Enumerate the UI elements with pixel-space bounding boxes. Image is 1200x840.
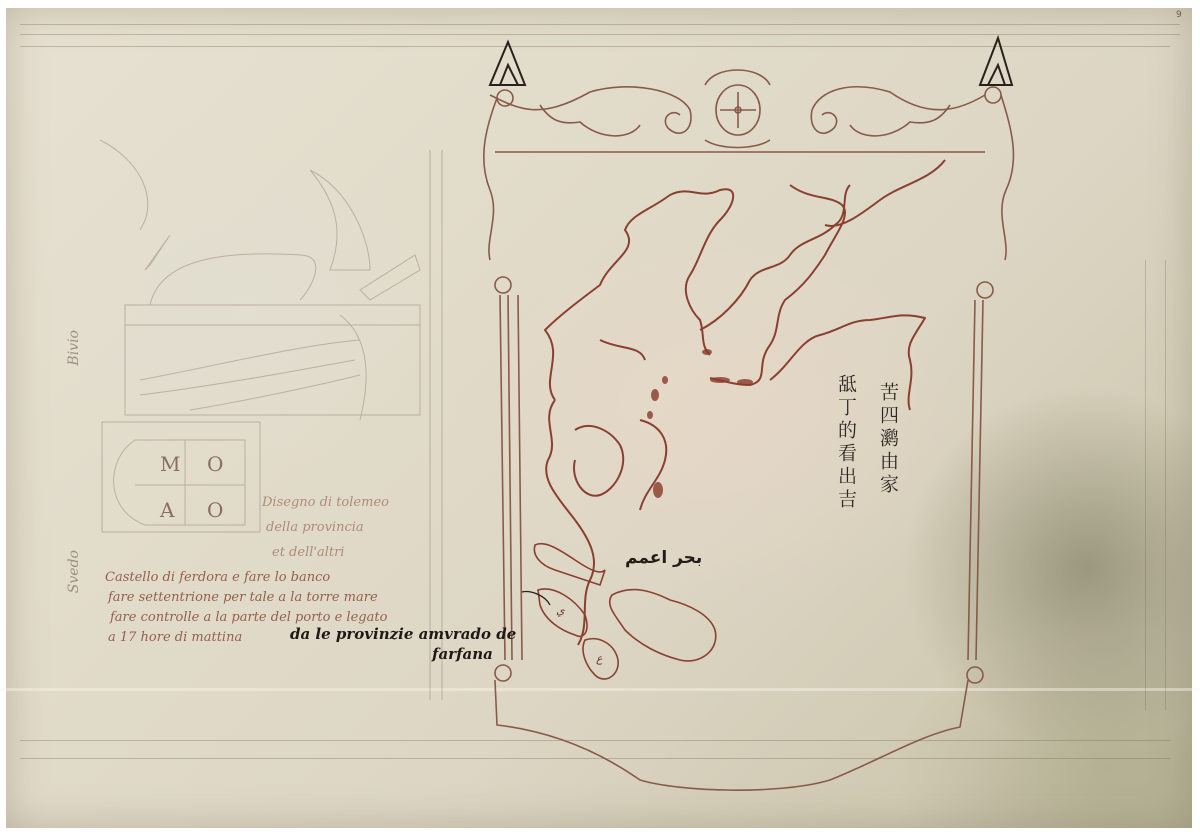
pointer-line [522,592,550,605]
monogram-letter: O [207,452,223,476]
monogram-letter: O [207,498,223,522]
island-label: ع [596,652,603,665]
paragraph-line: a 17 hore di mattina [108,630,242,645]
margin-text-lower: Svedo [66,550,82,593]
paragraph-line: Castello di ferdora e fare lo banco [105,570,330,585]
island-label: ي [556,604,565,617]
north-arrow-left [490,42,525,85]
paragraph-line: fare controlle a la parte del porto e le… [110,610,387,625]
note-line: Disegno di tolemeo [262,495,389,510]
north-arrow-right [980,38,1012,85]
signature-line-2: farfana [432,645,493,663]
cartouche-frame [484,70,1014,790]
monogram-letter: A [160,498,174,522]
drawing-layer [0,0,1200,840]
chinese-inscription-right: 苦四㶉由家 [878,382,897,522]
chinese-inscription-left: 䑛丁的看出吉 [836,374,855,514]
map-islands [647,349,753,498]
note-line: et dell'altri [272,545,344,560]
arabic-sea-label: بحر اعمم [625,548,702,568]
paragraph-line: fare settentrione per tale a la torre ma… [108,590,378,605]
note-line: della provincia [266,520,364,535]
margin-text-upper: Bivio [66,330,82,366]
signature-line-1: da le provinzie amvrado de [290,625,516,643]
monogram-letter: M [160,452,180,476]
